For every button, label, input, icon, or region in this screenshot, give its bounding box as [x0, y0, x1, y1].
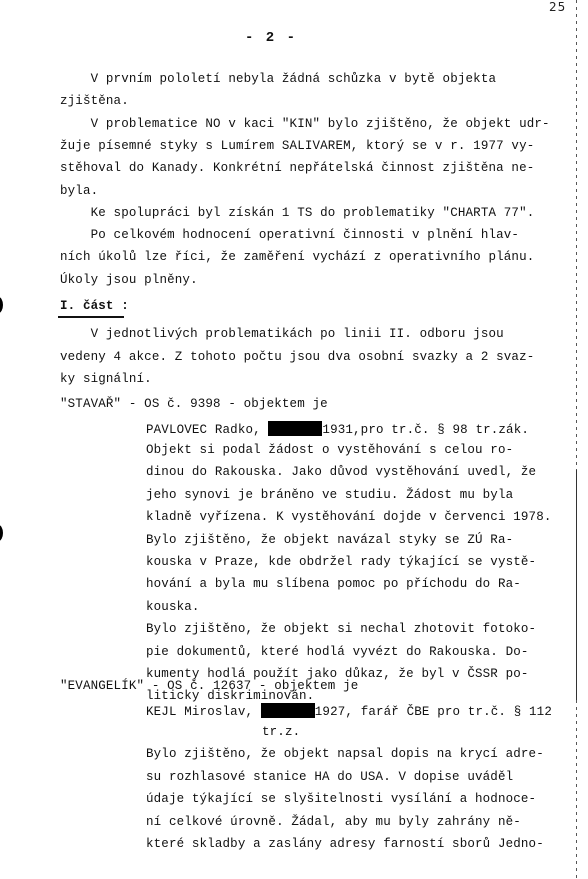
- text-line: V prvním pololetí nebyla žádná schůzka v…: [60, 73, 496, 86]
- page-number: - 2 -: [245, 30, 297, 46]
- text-line: Ke spolupráci byl získán 1 TS do problem…: [60, 207, 534, 220]
- text-line: Po celkovém hodnocení operativní činnost…: [60, 229, 519, 242]
- text-line: dinou do Rakouska. Jako důvod vystěhován…: [146, 466, 536, 479]
- scan-edge-line-solid: [576, 470, 577, 700]
- text-line: V jednotlivých problematikách po linii I…: [60, 328, 504, 341]
- text-line: V problematice NO v kaci "KIN" bylo zjiš…: [60, 118, 550, 131]
- text-line: ních úkolů lze říci, že zaměření vychází…: [60, 251, 534, 264]
- text-line: Bylo zjištěno, že objekt napsal dopis na…: [146, 748, 544, 761]
- case-heading: "EVANGELÍK" - OS č. 12637 - objektem je: [60, 680, 358, 693]
- text-line: Objekt si podal žádost o vystěhování s c…: [146, 444, 513, 457]
- subject-details: 1931,pro tr.č. § 98 tr.zák.: [322, 423, 529, 437]
- section-title-underline: [58, 316, 124, 318]
- case-subject: PAVLOVEC Radko, 1931,pro tr.č. § 98 tr.z…: [146, 421, 529, 437]
- text-line: kouska.: [146, 601, 200, 614]
- punch-hole-mark: [0, 297, 3, 313]
- archive-folio-number: 25: [549, 0, 566, 14]
- text-line: zjištěna.: [60, 95, 129, 108]
- text-line: stěhoval do Kanady. Konkrétní nepřátelsk…: [60, 162, 534, 175]
- punch-hole-mark: [0, 525, 3, 541]
- scan-edge-line: [576, 0, 577, 879]
- case-subject-continuation: tr.z.: [262, 726, 300, 739]
- text-line: pie dokumentů, které hodlá vyvézt do Rak…: [146, 646, 529, 659]
- case-heading: "STAVAŘ" - OS č. 9398 - objektem je: [60, 398, 328, 411]
- section-title: I. část :: [60, 300, 129, 313]
- text-line: které skladby a zaslány adresy farností …: [146, 838, 544, 851]
- subject-name: PAVLOVEC Radko,: [146, 423, 268, 437]
- text-line: byla.: [60, 185, 98, 198]
- scanned-document-page: 25 - 2 - V prvním pololetí nebyla žádná …: [0, 0, 588, 879]
- text-line: su rozhlasové stanice HA do USA. V dopis…: [146, 771, 513, 784]
- text-line: údaje týkající se slyšitelnosti vysílání…: [146, 793, 536, 806]
- text-line: vedeny 4 akce. Z tohoto počtu jsou dva o…: [60, 351, 534, 364]
- case-subject: KEJL Miroslav, 1927, farář ČBE pro tr.č.…: [146, 703, 552, 719]
- text-line: jeho synovi je bráněno ve studiu. Žádost…: [146, 489, 513, 502]
- text-line: Bylo zjištěno, že objekt si nechal zhoto…: [146, 623, 536, 636]
- redaction-block: [268, 421, 322, 436]
- text-line: Bylo zjištěno, že objekt navázal styky s…: [146, 534, 513, 547]
- text-line: ní celkové úrovně. Žádal, aby mu byly za…: [146, 816, 521, 829]
- text-line: ky signální.: [60, 373, 152, 386]
- redaction-block: [261, 703, 315, 718]
- text-line: kouska v Praze, kde obdržel rady týkajíc…: [146, 556, 536, 569]
- text-line: Úkoly jsou plněny.: [60, 274, 198, 287]
- text-line: žuje písemné styky s Lumírem SALIVAREM, …: [60, 140, 534, 153]
- subject-details: 1927, farář ČBE pro tr.č. § 112: [315, 705, 552, 719]
- text-line: hování a byla mu slíbena pomoc po přícho…: [146, 578, 521, 591]
- text-line: kladně vyřízena. K vystěhování dojde v č…: [146, 511, 552, 524]
- subject-name: KEJL Miroslav,: [146, 705, 261, 719]
